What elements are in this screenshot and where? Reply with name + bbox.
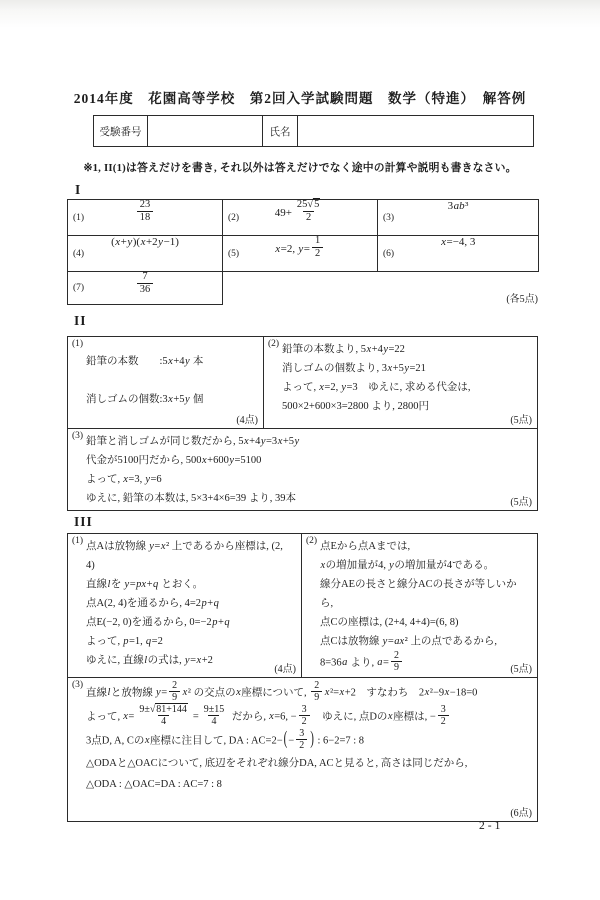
- answer-value: 736: [68, 272, 222, 297]
- section-1-answer-table: (1) 2318 (2) 49+25√52 (3) 3ab³ (4) (x+y)…: [67, 199, 539, 305]
- solution-line: 鉛筆の本数より, 5x+4y=22: [282, 340, 529, 359]
- solution-cell-II-1: (1) 鉛筆の本数 :5x+4y 本 消しゴムの個数:3x+5y 個 (4点): [68, 337, 264, 429]
- solution-lines: 鉛筆と消しゴムが同じ数だから, 5x+4y=3x+5y 代金が5100円だから,…: [86, 432, 529, 508]
- solution-line: 直線lと放物線 y=29x² の交点のx座標について, 29x²=x+2 すなわ…: [86, 681, 529, 705]
- answer-value: x=−4, 3: [378, 236, 538, 248]
- answer-value: (x+y)(x+2y−1): [68, 236, 222, 248]
- solution-line: xの増加量が4, yの増加量が4である。: [320, 556, 529, 575]
- solution-line: 8=36a より, a=29: [320, 651, 529, 675]
- section-1-heading: I: [75, 182, 81, 198]
- candidate-info-box: 受験番号 氏名: [93, 115, 534, 147]
- question-number: (2): [268, 339, 279, 349]
- question-number: (2): [306, 536, 317, 546]
- solution-line: 鉛筆と消しゴムが同じ数だから, 5x+4y=3x+5y: [86, 432, 529, 451]
- solution-cell-II-3: (3) 鉛筆と消しゴムが同じ数だから, 5x+4y=3x+5y 代金が5100円…: [68, 429, 538, 511]
- solution-line: 線分AEの長さと線分ACの長さが等しいから,: [320, 575, 529, 613]
- solution-cell-III-2: (2) 点Eから点Aまでは, xの増加量が4, yの増加量が4である。 線分AE…: [302, 534, 538, 678]
- answer-value: 49+25√52: [223, 200, 377, 225]
- solution-line: 代金が5100円だから, 500x+600y=5100: [86, 451, 529, 470]
- question-number: (5): [228, 249, 239, 259]
- answer-value: 2318: [68, 200, 222, 225]
- question-number: (1): [73, 213, 84, 223]
- solution-line: ゆえに, 直線lの式は, y=x+2: [86, 651, 293, 670]
- exam-number-label: 受験番号: [94, 116, 148, 147]
- solution-lines: 鉛筆の本数より, 5x+4y=22 消しゴムの個数より, 3x+5y=21 よっ…: [282, 340, 529, 416]
- points-label: (5点): [510, 660, 532, 675]
- points-label: (4点): [274, 660, 296, 675]
- solution-line: 点Cは放物線 y=ax² 上の点であるから,: [320, 632, 529, 651]
- section-1-score-note: (各5点): [506, 290, 538, 305]
- solution-lines: 鉛筆の本数 :5x+4y 本 消しゴムの個数:3x+5y 個: [86, 352, 255, 409]
- instruction-note: ※1, II(1)は答えだけを書き, それ以外は答えだけでなく途中の計算や説明も…: [0, 160, 600, 175]
- solution-lines: 点Aは放物線 y=x² 上であるから座標は, (2, 4) 直線lを y=px+…: [86, 537, 293, 670]
- answer-cell-4: (4) (x+y)(x+2y−1): [68, 236, 223, 272]
- answer-cell-3: (3) 3ab³: [378, 200, 539, 236]
- question-number: (4): [73, 249, 84, 259]
- solution-cell-III-1: (1) 点Aは放物線 y=x² 上であるから座標は, (2, 4) 直線lを y…: [68, 534, 302, 678]
- answer-cell-1: (1) 2318: [68, 200, 223, 236]
- answer-cell-2: (2) 49+25√52: [223, 200, 378, 236]
- solution-line: △ODA : △OAC=DA : AC=7 : 8: [86, 774, 529, 795]
- solution-line: よって, x=2, y=3 ゆえに, 求める代金は,: [282, 378, 529, 397]
- solution-line: よって, x=3, y=6: [86, 470, 529, 489]
- solution-line: よって, x=9±√81+1444=9±154 だから, x=6, −32 ゆえ…: [86, 705, 529, 729]
- question-number: (3): [72, 431, 83, 441]
- answer-cell-5: (5) x=2, y=12: [223, 236, 378, 272]
- question-number: (2): [228, 213, 239, 223]
- question-number: (6): [383, 249, 394, 259]
- question-number: (7): [73, 283, 84, 293]
- solution-line: よって, p=1, q=2: [86, 632, 293, 651]
- solution-line: 直線lを y=px+q とおく。: [86, 575, 293, 594]
- solution-line: 点E(−2, 0)を通るから, 0=−2p+q: [86, 613, 293, 632]
- section-2-heading: II: [74, 313, 87, 329]
- exam-answer-sheet-page: 2014年度 花園高等学校 第2回入学試験問題 数学（特進） 解答例 受験番号 …: [0, 0, 600, 900]
- solution-line: 500×2+600×3=2800 より, 2800円: [282, 397, 529, 416]
- solution-cell-II-2: (2) 鉛筆の本数より, 5x+4y=22 消しゴムの個数より, 3x+5y=2…: [264, 337, 538, 429]
- section-2-solution-table: (1) 鉛筆の本数 :5x+4y 本 消しゴムの個数:3x+5y 個 (4点) …: [67, 336, 538, 511]
- solution-line: 鉛筆の本数 :5x+4y 本: [86, 352, 255, 371]
- question-number: (1): [72, 536, 83, 546]
- page-title: 2014年度 花園高等学校 第2回入学試験問題 数学（特進） 解答例: [0, 87, 600, 107]
- solution-line: 3点D, A, Cのx座標に注目して, DA : AC=2−(−32) : 6−…: [86, 729, 529, 753]
- solution-cell-III-3: (3) 直線lと放物線 y=29x² の交点のx座標について, 29x²=x+2…: [68, 677, 538, 821]
- answer-cell-7: (7) 736: [68, 272, 223, 305]
- solution-line: 点Eから点Aまでは,: [320, 537, 529, 556]
- answer-value: 3ab³: [378, 200, 538, 212]
- section-3-solution-table: (1) 点Aは放物線 y=x² 上であるから座標は, (2, 4) 直線lを y…: [67, 533, 538, 822]
- solution-line: △ODAと△OACについて, 底辺をそれぞれ線分DA, ACと見ると, 高さは同…: [86, 753, 529, 774]
- answer-cell-6: (6) x=−4, 3: [378, 236, 539, 272]
- solution-line: 消しゴムの個数:3x+5y 個: [86, 390, 255, 409]
- answer-value: x=2, y=12: [223, 236, 377, 261]
- points-label: (5点): [510, 493, 532, 508]
- question-number: (3): [383, 213, 394, 223]
- name-field: [298, 116, 534, 147]
- solution-line: 点Cの座標は, (2+4, 4+4)=(6, 8): [320, 613, 529, 632]
- question-number: (1): [72, 339, 83, 349]
- exam-number-field: [148, 116, 263, 147]
- solution-lines: 点Eから点Aまでは, xの増加量が4, yの増加量が4である。 線分AEの長さと…: [320, 537, 529, 675]
- page-number: 2-1: [479, 820, 503, 832]
- solution-line: 点Aは放物線 y=x² 上であるから座標は, (2, 4): [86, 537, 293, 575]
- question-number: (3): [72, 680, 83, 690]
- empty-area: [223, 272, 539, 305]
- solution-lines: 直線lと放物線 y=29x² の交点のx座標について, 29x²=x+2 すなわ…: [86, 681, 529, 795]
- solution-line: 点A(2, 4)を通るから, 4=2p+q: [86, 594, 293, 613]
- points-label: (6点): [510, 804, 532, 819]
- solution-line: ゆえに, 鉛筆の本数は, 5×3+4×6=39 より, 39本: [86, 489, 529, 508]
- name-label: 氏名: [263, 116, 298, 147]
- section-3-heading: III: [74, 514, 93, 530]
- solution-line: 消しゴムの個数より, 3x+5y=21: [282, 359, 529, 378]
- points-label: (4点): [236, 411, 258, 426]
- points-label: (5点): [510, 411, 532, 426]
